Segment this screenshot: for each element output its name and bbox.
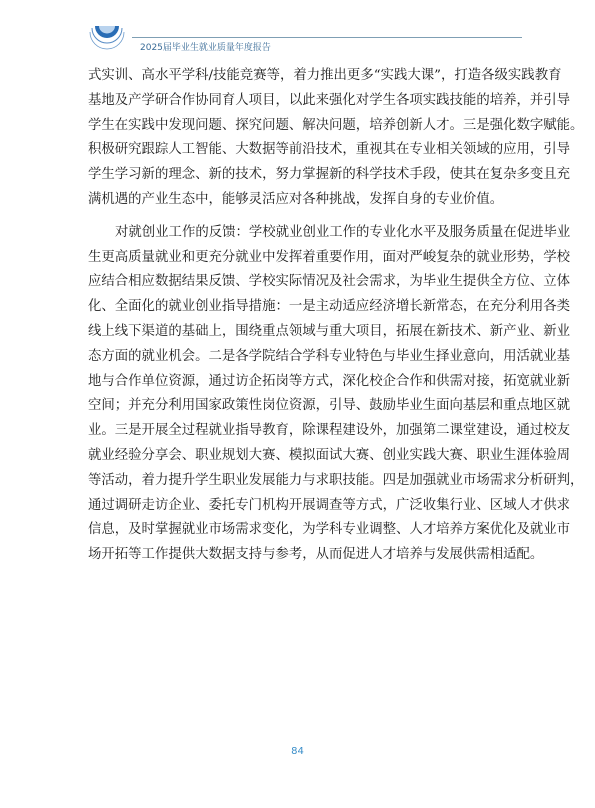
text-line: 业。三是开展全过程就业指导教育，除课程建设外，加强第二课堂建设，通过校友 [88,419,522,444]
text-line: 地与合作单位资源，通过访企拓岗等方式，深化校企合作和供需对接，拓宽就业新 [88,370,522,395]
text-line: 通过调研走访企业、委托专门机构开展调查等方式，广泛收集行业、区域人才供求 [88,494,522,519]
text-line: 对就创业工作的反馈：学校就业创业工作的专业化水平及服务质量在促进毕业 [88,221,522,246]
header-divider [132,37,522,38]
text-line: 满机遇的产业生态中，能够灵活应对各种挑战，发挥自身的专业价值。 [88,188,522,213]
text-line: 就业经验分享会、职业规划大赛、模拟面试大赛、创业实践大赛、职业生涯体验周 [88,444,522,469]
text-line: 积极研究跟踪人工智能、大数据等前沿技术，重视其在专业相关领域的应用，引导 [88,138,522,163]
paragraph-practice-skills: 式实训、高水平学科/技能竞赛等，着力推出更多“实践大课”，打造各级实践教育 基地… [88,64,522,213]
text-line: 应结合相应数据结果反馈、学校实际情况及社会需求，为毕业生提供全方位、立体 [88,270,522,295]
page-header: 2025届毕业生就业质量年度报告 [88,26,522,56]
report-title: 2025届毕业生就业质量年度报告 [140,40,271,53]
university-emblem-icon [88,26,126,56]
text-line: 空间；并充分利用国家政策性岗位资源，引导、鼓励毕业生面向基层和重点地区就 [88,394,522,419]
page-number: 84 [0,746,595,757]
text-line: 态方面的就业机会。二是各学院结合学科专业特色与毕业生择业意向，用活就业基 [88,345,522,370]
document-body: 式实训、高水平学科/技能竞赛等，着力推出更多“实践大课”，打造各级实践教育 基地… [88,64,522,576]
text-line: 场开拓等工作提供大数据支持与参考，从而促进人才培养与发展供需相适配。 [88,543,522,568]
text-line: 化、全面化的就业创业指导措施：一是主动适应经济增长新常态，在充分利用各类 [88,295,522,320]
text-line: 基地及产学研合作协同育人项目，以此来强化对学生各项实践技能的培养，并引导 [88,89,522,114]
text-line: 线上线下渠道的基础上，围绕重点领域与重大项目，拓展在新技术、新产业、新业 [88,320,522,345]
text-line: 信息，及时掌握就业市场需求变化，为学科专业调整、人才培养方案优化及就业市 [88,518,522,543]
text-line: 学生学习新的理念、新的技术，努力掌握新的科学技术手段，使其在复杂多变且充 [88,163,522,188]
text-line: 学生在实践中发现问题、探究问题、解决问题，培养创新人才。三是强化数字赋能。 [88,114,522,139]
text-line: 等活动，着力提升学生职业发展能力与求职技能。四是加强就业市场需求分析研判， [88,469,522,494]
text-line: 式实训、高水平学科/技能竞赛等，着力推出更多“实践大课”，打造各级实践教育 [88,64,522,89]
paragraph-employment-feedback: 对就创业工作的反馈：学校就业创业工作的专业化水平及服务质量在促进毕业 生更高质量… [88,221,522,568]
text-line: 生更高质量就业和更充分就业中发挥着重要作用，面对严峻复杂的就业形势，学校 [88,246,522,271]
